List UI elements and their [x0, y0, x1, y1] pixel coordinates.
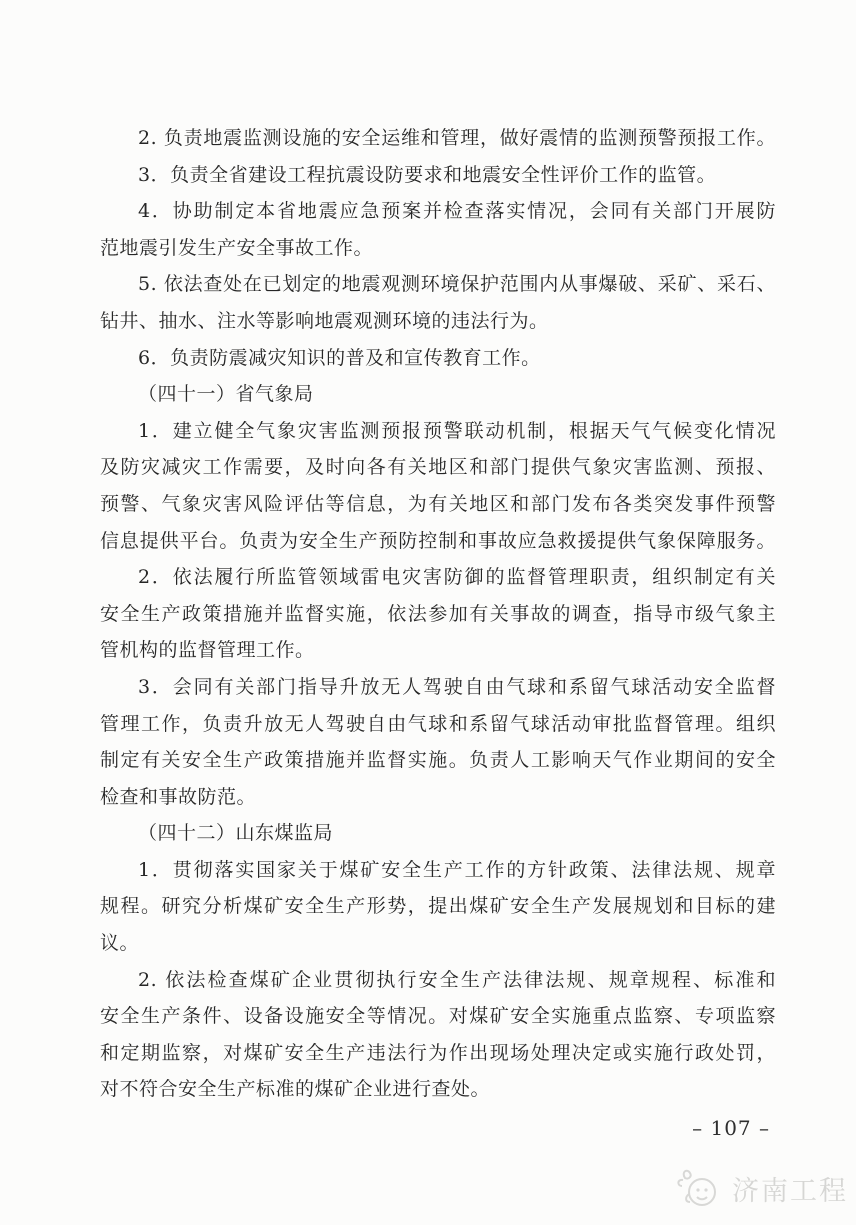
text-line: （四十二）山东煤监局	[100, 815, 776, 852]
text-line: 安全生产条件、设备设施安全等情况。对煤矿安全实施重点监察、专项监察	[100, 998, 776, 1035]
watermark: 济南工程	[675, 1164, 848, 1212]
text-line: 信息提供平台。负责为安全生产预防控制和事故应急救援提供气象保障服务。	[100, 523, 776, 560]
text-line: 3．负责全省建设工程抗震设防要求和地震安全性评价工作的监管。	[100, 157, 776, 194]
text-line: 预警、气象灾害风险评估等信息，为有关地区和部门发布各类突发事件预警	[100, 486, 776, 523]
text-line: 1．贯彻落实国家关于煤矿安全生产工作的方针政策、法律法规、规章	[100, 852, 776, 889]
text-line: 1．建立健全气象灾害监测预报预警联动机制，根据天气气候变化情况	[100, 413, 776, 450]
document-page: 2. 负责地震监测设施的安全运维和管理，做好震情的监测预警预报工作。3．负责全省…	[0, 0, 856, 1225]
text-line: 制定有关安全生产政策措施并监督实施。负责人工影响天气作业期间的安全	[100, 742, 776, 779]
text-line: 6．负责防震减灾知识的普及和宣传教育工作。	[100, 340, 776, 377]
text-line: 钻井、抽水、注水等影响地震观测环境的违法行为。	[100, 303, 776, 340]
text-line: 2. 负责地震监测设施的安全运维和管理，做好震情的监测预警预报工作。	[100, 120, 776, 157]
text-line: 管理工作，负责升放无人驾驶自由气球和系留气球活动审批监督管理。组织	[100, 706, 776, 743]
text-line: 检查和事故防范。	[100, 779, 776, 816]
text-line: 4．协助制定本省地震应急预案并检查落实情况，会同有关部门开展防	[100, 193, 776, 230]
text-line: 议。	[100, 925, 776, 962]
text-line: （四十一）省气象局	[100, 376, 776, 413]
text-line: 和定期监察，对煤矿安全生产违法行为作出现场处理决定或实施行政处罚，	[100, 1035, 776, 1072]
text-line: 3．会同有关部门指导升放无人驾驶自由气球和系留气球活动安全监督	[100, 669, 776, 706]
watermark-text: 济南工程	[732, 1169, 848, 1208]
document-text-block: 2. 负责地震监测设施的安全运维和管理，做好震情的监测预警预报工作。3．负责全省…	[100, 120, 776, 1108]
page-number: – 107 –	[692, 1116, 770, 1140]
mascot-logo-icon	[675, 1164, 727, 1212]
text-line: 2. 依法检查煤矿企业贯彻执行安全生产法律法规、规章规程、标准和	[100, 962, 776, 999]
text-line: 管机构的监督管理工作。	[100, 632, 776, 669]
text-line: 规程。研究分析煤矿安全生产形势，提出煤矿安全生产发展规划和目标的建	[100, 888, 776, 925]
text-line: 对不符合安全生产标准的煤矿企业进行查处。	[100, 1071, 776, 1108]
text-line: 2．依法履行所监管领域雷电灾害防御的监督管理职责，组织制定有关	[100, 559, 776, 596]
text-line: 范地震引发生产安全事故工作。	[100, 230, 776, 267]
text-line: 5. 依法查处在已划定的地震观测环境保护范围内从事爆破、采矿、采石、	[100, 266, 776, 303]
text-line: 及防灾减灾工作需要，及时向各有关地区和部门提供气象灾害监测、预报、	[100, 449, 776, 486]
text-line: 安全生产政策措施并监督实施，依法参加有关事故的调查，指导市级气象主	[100, 596, 776, 633]
